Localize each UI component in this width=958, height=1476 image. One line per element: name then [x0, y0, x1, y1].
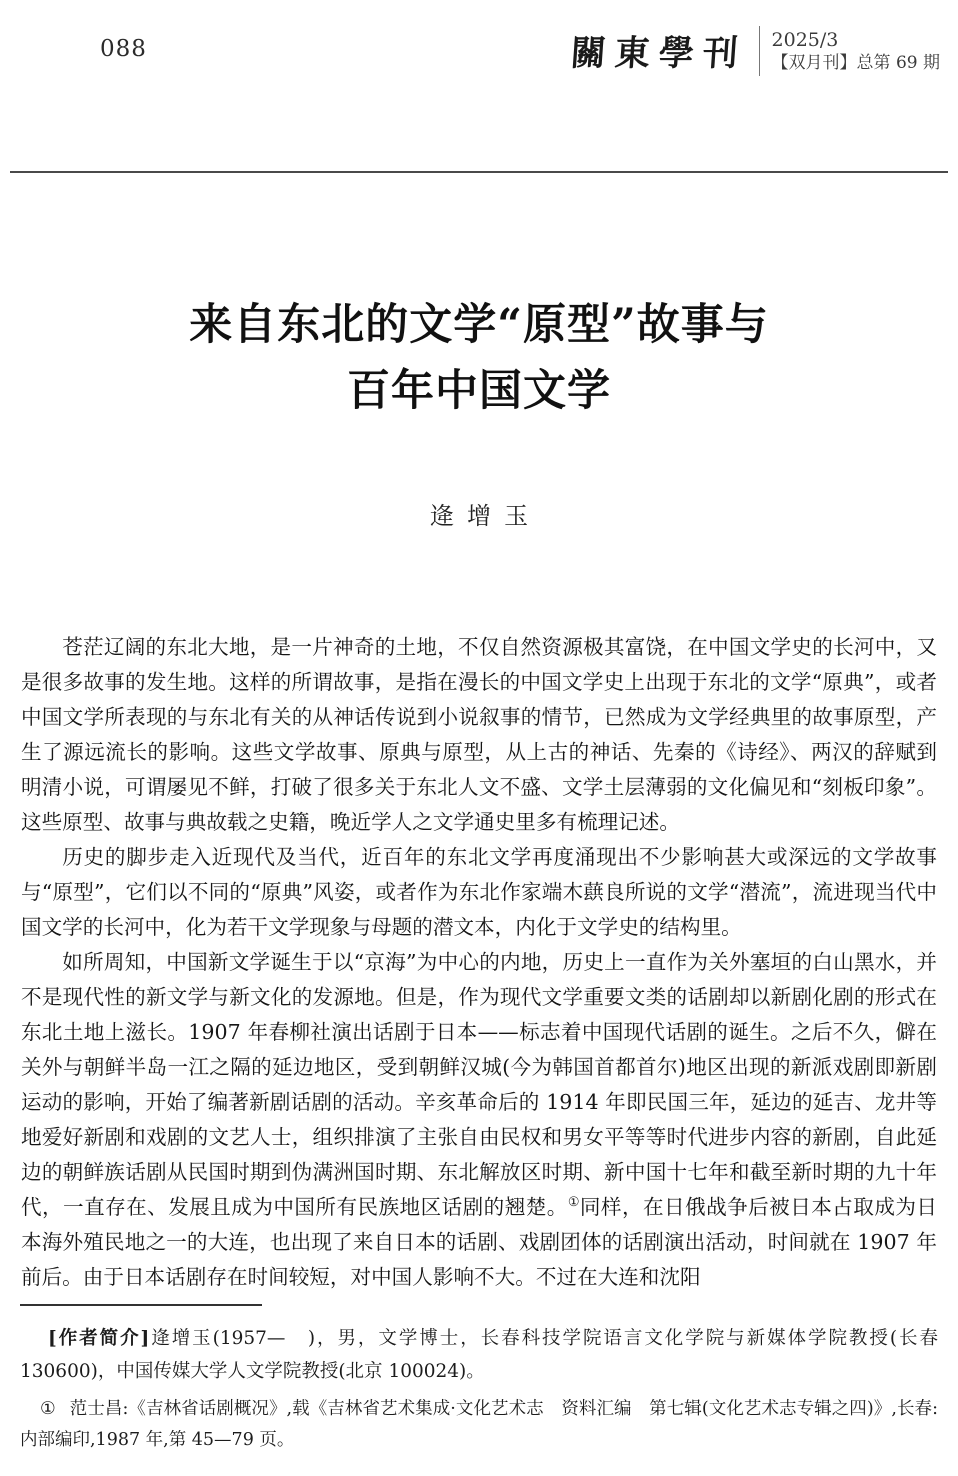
- footnote-separator: [20, 1304, 262, 1306]
- paragraph-3-text: 如所周知，中国新文学诞生于以“京海”为中心的内地，历史上一直作为关外塞垣的白山黑…: [21, 950, 937, 1219]
- masthead: 關東學刊 2025/3 【双月刊】总第 69 期: [571, 26, 940, 76]
- author-bio-label: [作者简介]: [48, 1328, 149, 1349]
- author-name: 逄增玉: [0, 496, 958, 531]
- journal-logo: 關東學刊: [569, 26, 749, 76]
- paragraph-2: 历史的脚步走入近现代及当代，近百年的东北文学再度涌现出不少影响甚大或深远的文学故…: [21, 840, 937, 945]
- title-line-2: 百年中国文学: [0, 358, 958, 424]
- footnote-text: 范士昌:《吉林省话剧概况》,载《吉林省艺术集成·文化艺术志 资料汇编 第七辑(文…: [20, 1399, 938, 1450]
- author-bio-text: 逄增玉(1957— )，男，文学博士，长春科技学院语言文化学院与新媒体学院教授(…: [20, 1328, 938, 1382]
- footnote-marker: ①: [40, 1399, 56, 1419]
- author-bio: [作者简介]逄增玉(1957— )，男，文学博士，长春科技学院语言文化学院与新媒…: [20, 1322, 938, 1388]
- paragraph-1: 苍茫辽阔的东北大地，是一片神奇的土地，不仅自然资源极其富饶，在中国文学史的长河中…: [21, 630, 937, 840]
- paragraph-3: 如所周知，中国新文学诞生于以“京海”为中心的内地，历史上一直作为关外塞垣的白山黑…: [21, 945, 937, 1295]
- article-title: 来自东北的文学“原型”故事与 百年中国文学: [0, 292, 958, 424]
- masthead-divider: [759, 26, 760, 76]
- header-rule: [10, 171, 948, 173]
- issue-info: 2025/3 【双月刊】总第 69 期: [772, 28, 940, 74]
- footnote: ①范士昌:《吉林省话剧概况》,载《吉林省艺术集成·文化艺术志 资料汇编 第七辑(…: [20, 1394, 938, 1456]
- page-header: 088 關東學刊 2025/3 【双月刊】总第 69 期: [0, 26, 958, 86]
- article-body: 苍茫辽阔的东北大地，是一片神奇的土地，不仅自然资源极其富饶，在中国文学史的长河中…: [21, 630, 937, 1295]
- footnote-ref: ①: [568, 1195, 580, 1210]
- page-number: 088: [100, 36, 147, 62]
- title-line-1: 来自东北的文学“原型”故事与: [0, 292, 958, 358]
- issue-number: 【双月刊】总第 69 期: [772, 52, 940, 74]
- issue-volume: 2025/3: [772, 28, 940, 52]
